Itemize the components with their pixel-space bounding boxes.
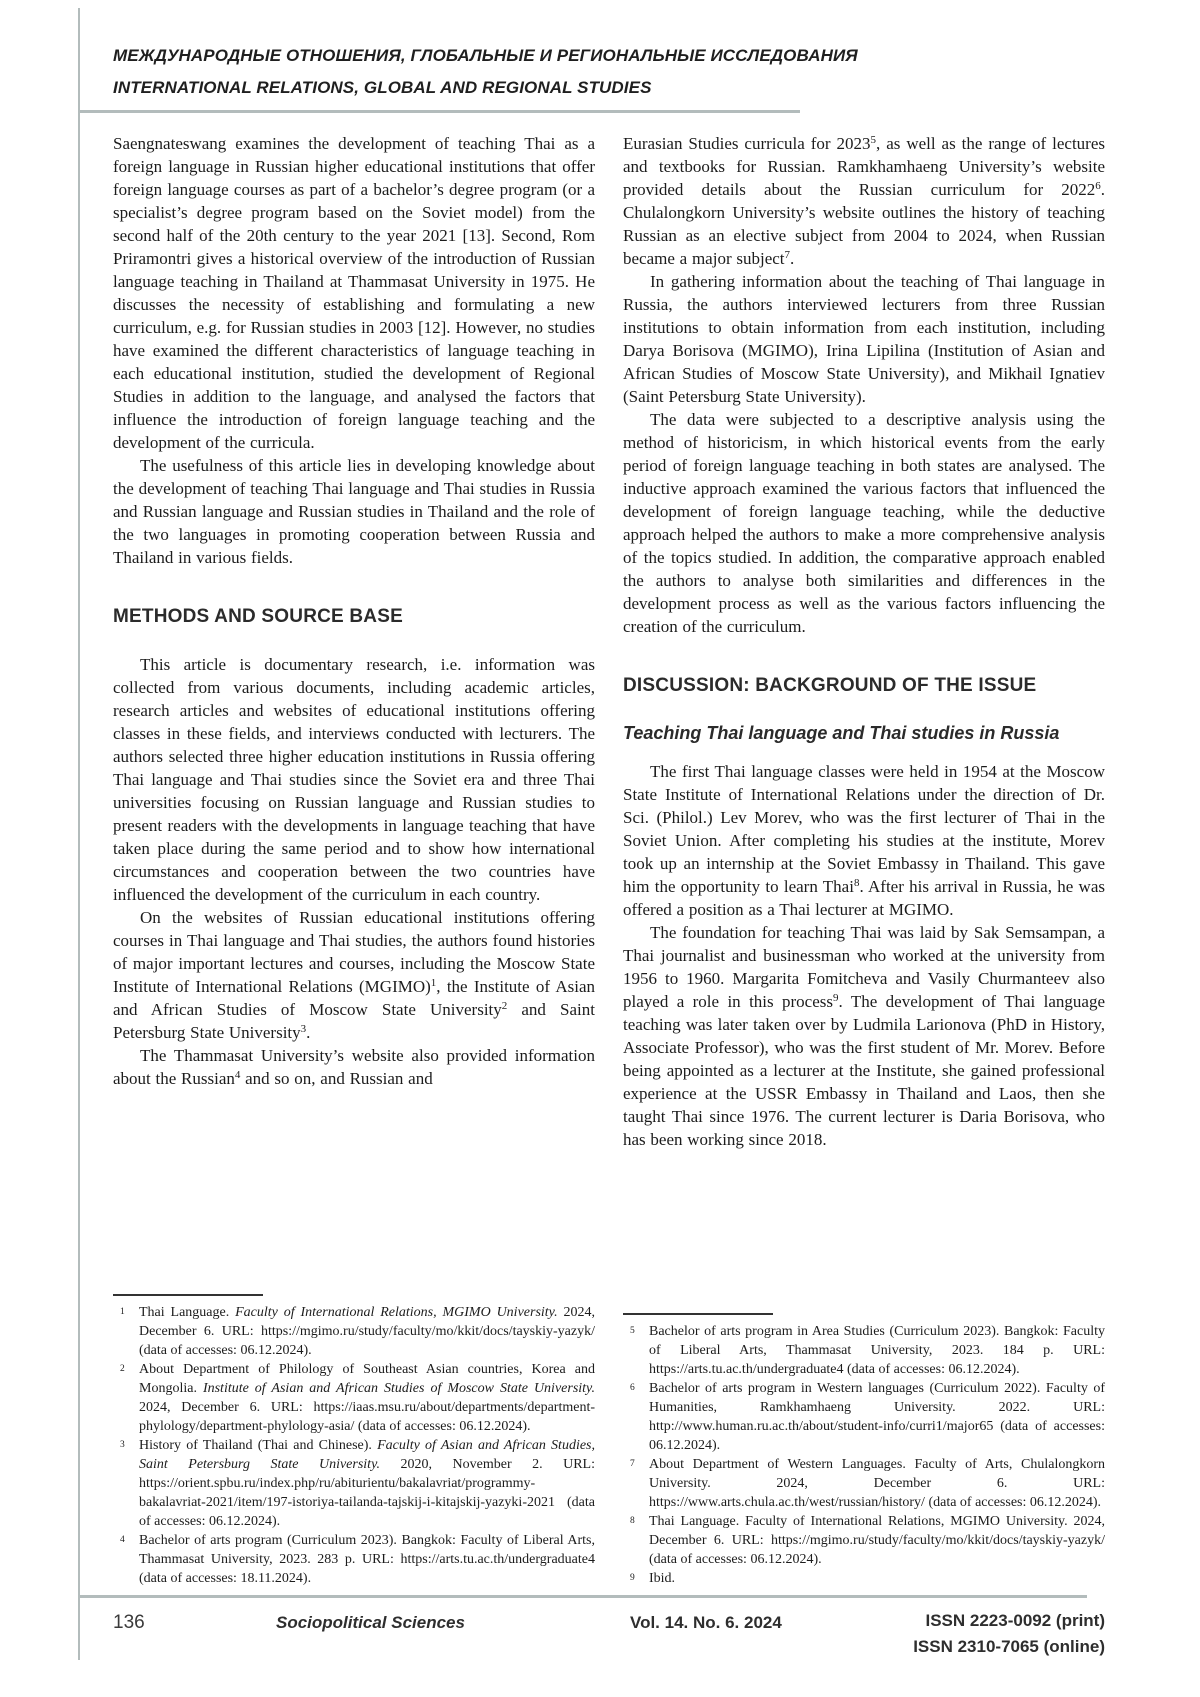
header-rule [78, 110, 800, 113]
right-column-footnotes: 5Bachelor of arts program in Area Studie… [623, 1313, 1105, 1588]
body-paragraph: In gathering information about the teach… [623, 270, 1105, 408]
body-paragraph: The foundation for teaching Thai was lai… [623, 921, 1105, 1151]
right-column-text: Eurasian Studies curricula for 20235, as… [623, 132, 1105, 1151]
footnote: 6Bachelor of arts program in Western lan… [623, 1379, 1105, 1455]
body-paragraph: The data were subjected to a descriptive… [623, 408, 1105, 638]
issn-online: ISSN 2310-7065 (online) [913, 1634, 1105, 1660]
right-footnote-list: 5Bachelor of arts program in Area Studie… [623, 1322, 1105, 1588]
footnote: 7About Department of Western Languages. … [623, 1455, 1105, 1512]
right-column: Eurasian Studies curricula for 20235, as… [623, 132, 1105, 1588]
section-heading: METHODS AND SOURCE BASE [113, 605, 595, 629]
body-paragraph: On the websites of Russian educational i… [113, 906, 595, 1044]
left-column-text: Saengnateswang examines the development … [113, 132, 595, 1090]
left-column-footnotes: 1Thai Language. Faculty of International… [113, 1294, 595, 1588]
footnote: 5Bachelor of arts program in Area Studie… [623, 1322, 1105, 1379]
subsection-heading: Teaching Thai language and Thai studies … [623, 722, 1105, 744]
footnote-number: 4 [120, 1531, 125, 1550]
footnote-text: Thai Language. Faculty of International … [139, 1305, 595, 1358]
footnote-text: About Department of Western Languages. F… [649, 1457, 1105, 1510]
left-footnote-list: 1Thai Language. Faculty of International… [113, 1303, 595, 1588]
footnote-text: Bachelor of arts program (Curriculum 202… [139, 1533, 595, 1586]
issn-print: ISSN 2223-0092 (print) [913, 1608, 1105, 1634]
section-heading: DISCUSSION: BACKGROUND OF THE ISSUE [623, 674, 1105, 698]
footnote-number: 8 [630, 1512, 635, 1531]
footnote-number: 6 [630, 1379, 635, 1398]
journal-title: Sociopolitical Sciences [276, 1613, 465, 1633]
footnote-number: 3 [120, 1436, 125, 1455]
left-margin-rule [78, 8, 80, 1660]
body-paragraph: Saengnateswang examines the development … [113, 132, 595, 454]
footnote-text: Thai Language. Faculty of International … [649, 1514, 1105, 1567]
footnote: 8Thai Language. Faculty of International… [623, 1512, 1105, 1569]
footnote-number: 2 [120, 1360, 125, 1379]
running-header-russian: МЕЖДУНАРОДНЫЕ ОТНОШЕНИЯ, ГЛОБАЛЬНЫЕ И РЕ… [113, 40, 1013, 72]
body-paragraph: The Thammasat University’s website also … [113, 1044, 595, 1090]
body-paragraph: The first Thai language classes were hel… [623, 760, 1105, 921]
footnote-text: About Department of Philology of Southea… [139, 1362, 595, 1434]
footnote-text: Ibid. [649, 1571, 675, 1586]
footnote-number: 9 [630, 1569, 635, 1588]
footnote-separator-right [623, 1313, 773, 1315]
footnote: 9Ibid. [623, 1569, 1105, 1588]
issn-block: ISSN 2223-0092 (print) ISSN 2310-7065 (o… [913, 1608, 1105, 1660]
running-header: МЕЖДУНАРОДНЫЕ ОТНОШЕНИЯ, ГЛОБАЛЬНЫЕ И РЕ… [113, 40, 1013, 104]
footnote: 1Thai Language. Faculty of International… [113, 1303, 595, 1360]
article-body: Saengnateswang examines the development … [113, 132, 1105, 1588]
footnote: 3History of Thailand (Thai and Chinese).… [113, 1436, 595, 1531]
body-paragraph: Eurasian Studies curricula for 20235, as… [623, 132, 1105, 270]
body-paragraph: The usefulness of this article lies in d… [113, 454, 595, 569]
footnote-text: History of Thailand (Thai and Chinese). … [139, 1438, 595, 1529]
footer-rule [78, 1595, 1087, 1598]
footnote: 2About Department of Philology of Southe… [113, 1360, 595, 1436]
footnote-number: 7 [630, 1455, 635, 1474]
footnote-text: Bachelor of arts program in Area Studies… [649, 1324, 1105, 1377]
left-column: Saengnateswang examines the development … [113, 132, 595, 1588]
footnote: 4Bachelor of arts program (Curriculum 20… [113, 1531, 595, 1588]
footnote-number: 1 [120, 1303, 125, 1322]
footnote-number: 5 [630, 1322, 635, 1341]
footnote-separator-left [113, 1294, 263, 1296]
running-header-english: INTERNATIONAL RELATIONS, GLOBAL AND REGI… [113, 72, 1013, 104]
body-paragraph: This article is documentary research, i.… [113, 653, 595, 906]
journal-page: МЕЖДУНАРОДНЫЕ ОТНОШЕНИЯ, ГЛОБАЛЬНЫЕ И РЕ… [0, 0, 1200, 1697]
page-number: 136 [113, 1612, 145, 1634]
volume-info: Vol. 14. No. 6. 2024 [630, 1613, 782, 1633]
footnote-text: Bachelor of arts program in Western lang… [649, 1381, 1105, 1453]
